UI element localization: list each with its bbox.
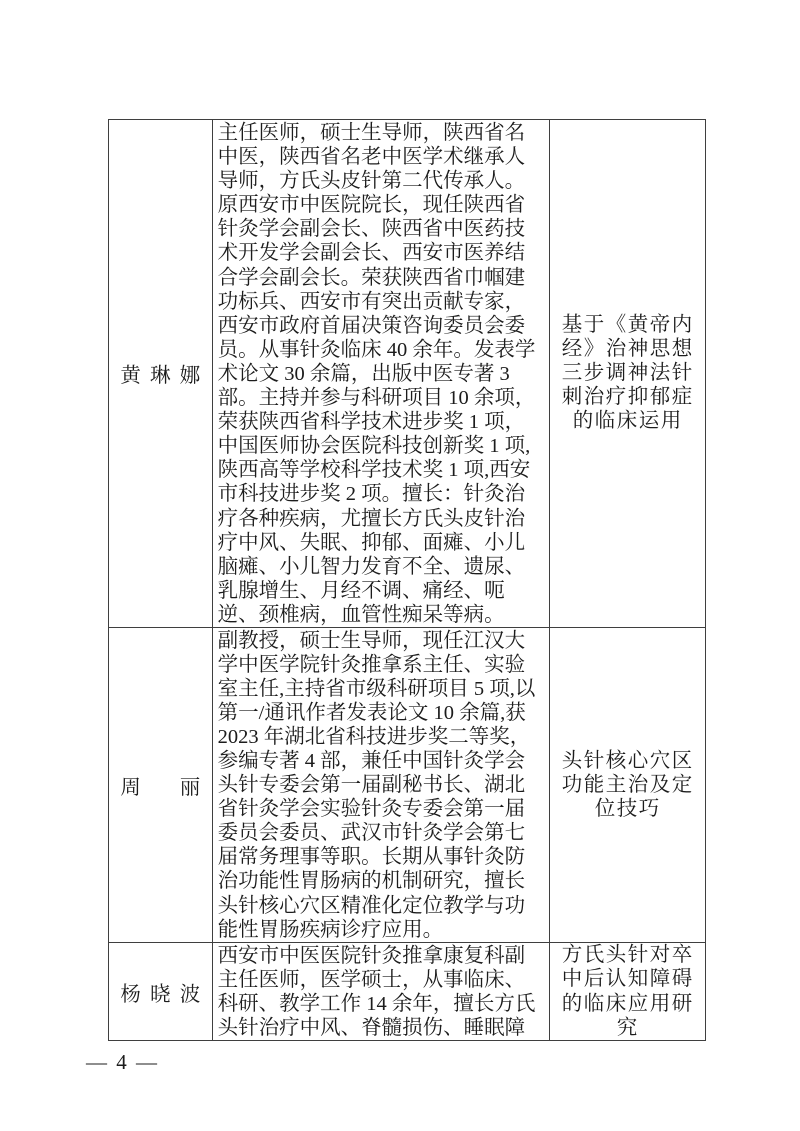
table-row: 杨晓波 西安市中医医院针灸推拿康复科副主任医师，医学硕士，从事临床、科研、教学工… <box>109 943 705 1040</box>
speaker-bio-text: 西安市中医医院针灸推拿康复科副主任医师，医学硕士，从事临床、科研、教学工作 14… <box>218 945 536 1039</box>
document-page: 黄琳娜 主任医师，硕士生导师，陕西省名中医，陕西省名老中医学术继承人导师，方氏头… <box>0 0 800 1131</box>
speaker-name-cell: 黄琳娜 <box>109 120 213 627</box>
speaker-name-cell: 杨晓波 <box>109 943 213 1040</box>
page-number: — 4 — <box>86 1050 159 1075</box>
speaker-name: 周丽 <box>120 770 200 800</box>
speaker-bio-cell: 副教授，硕士生导师，现任江汉大学中医学院针灸推拿系主任、实验室主任,主持省市级科… <box>213 628 551 943</box>
speaker-bio-text: 副教授，硕士生导师，现任江汉大学中医学院针灸推拿系主任、实验室主任,主持省市级科… <box>218 630 536 941</box>
speaker-topic-cell: 头针核心穴区功能主治及定位技巧 <box>550 628 705 943</box>
speaker-topic-text: 头针核心穴区功能主治及定位技巧 <box>558 749 697 821</box>
speakers-table: 黄琳娜 主任医师，硕士生导师，陕西省名中医，陕西省名老中医学术继承人导师，方氏头… <box>108 119 706 1041</box>
speaker-name: 杨晓波 <box>120 977 200 1007</box>
speaker-topic-cell: 基于《黄帝内经》治神思想三步调神法针刺治疗抑郁症的临床运用 <box>550 120 705 627</box>
speaker-name: 黄琳娜 <box>120 358 200 388</box>
speaker-bio-text: 主任医师，硕士生导师，陕西省名中医，陕西省名老中医学术继承人导师，方氏头皮针第二… <box>218 122 536 626</box>
speaker-bio-cell: 主任医师，硕士生导师，陕西省名中医，陕西省名老中医学术继承人导师，方氏头皮针第二… <box>213 120 551 627</box>
table-row: 周丽 副教授，硕士生导师，现任江汉大学中医学院针灸推拿系主任、实验室主任,主持省… <box>109 628 705 944</box>
speaker-topic-text: 基于《黄帝内经》治神思想三步调神法针刺治疗抑郁症的临床运用 <box>558 313 697 433</box>
speaker-topic-cell: 方氏头针对卒中后认知障碍的临床应用研究 <box>550 943 705 1040</box>
speaker-topic-text: 方氏头针对卒中后认知障碍的临床应用研究 <box>558 943 697 1039</box>
table-row: 黄琳娜 主任医师，硕士生导师，陕西省名中医，陕西省名老中医学术继承人导师，方氏头… <box>109 120 705 628</box>
speaker-bio-cell: 西安市中医医院针灸推拿康复科副主任医师，医学硕士，从事临床、科研、教学工作 14… <box>213 943 551 1040</box>
speaker-name-cell: 周丽 <box>109 628 213 943</box>
